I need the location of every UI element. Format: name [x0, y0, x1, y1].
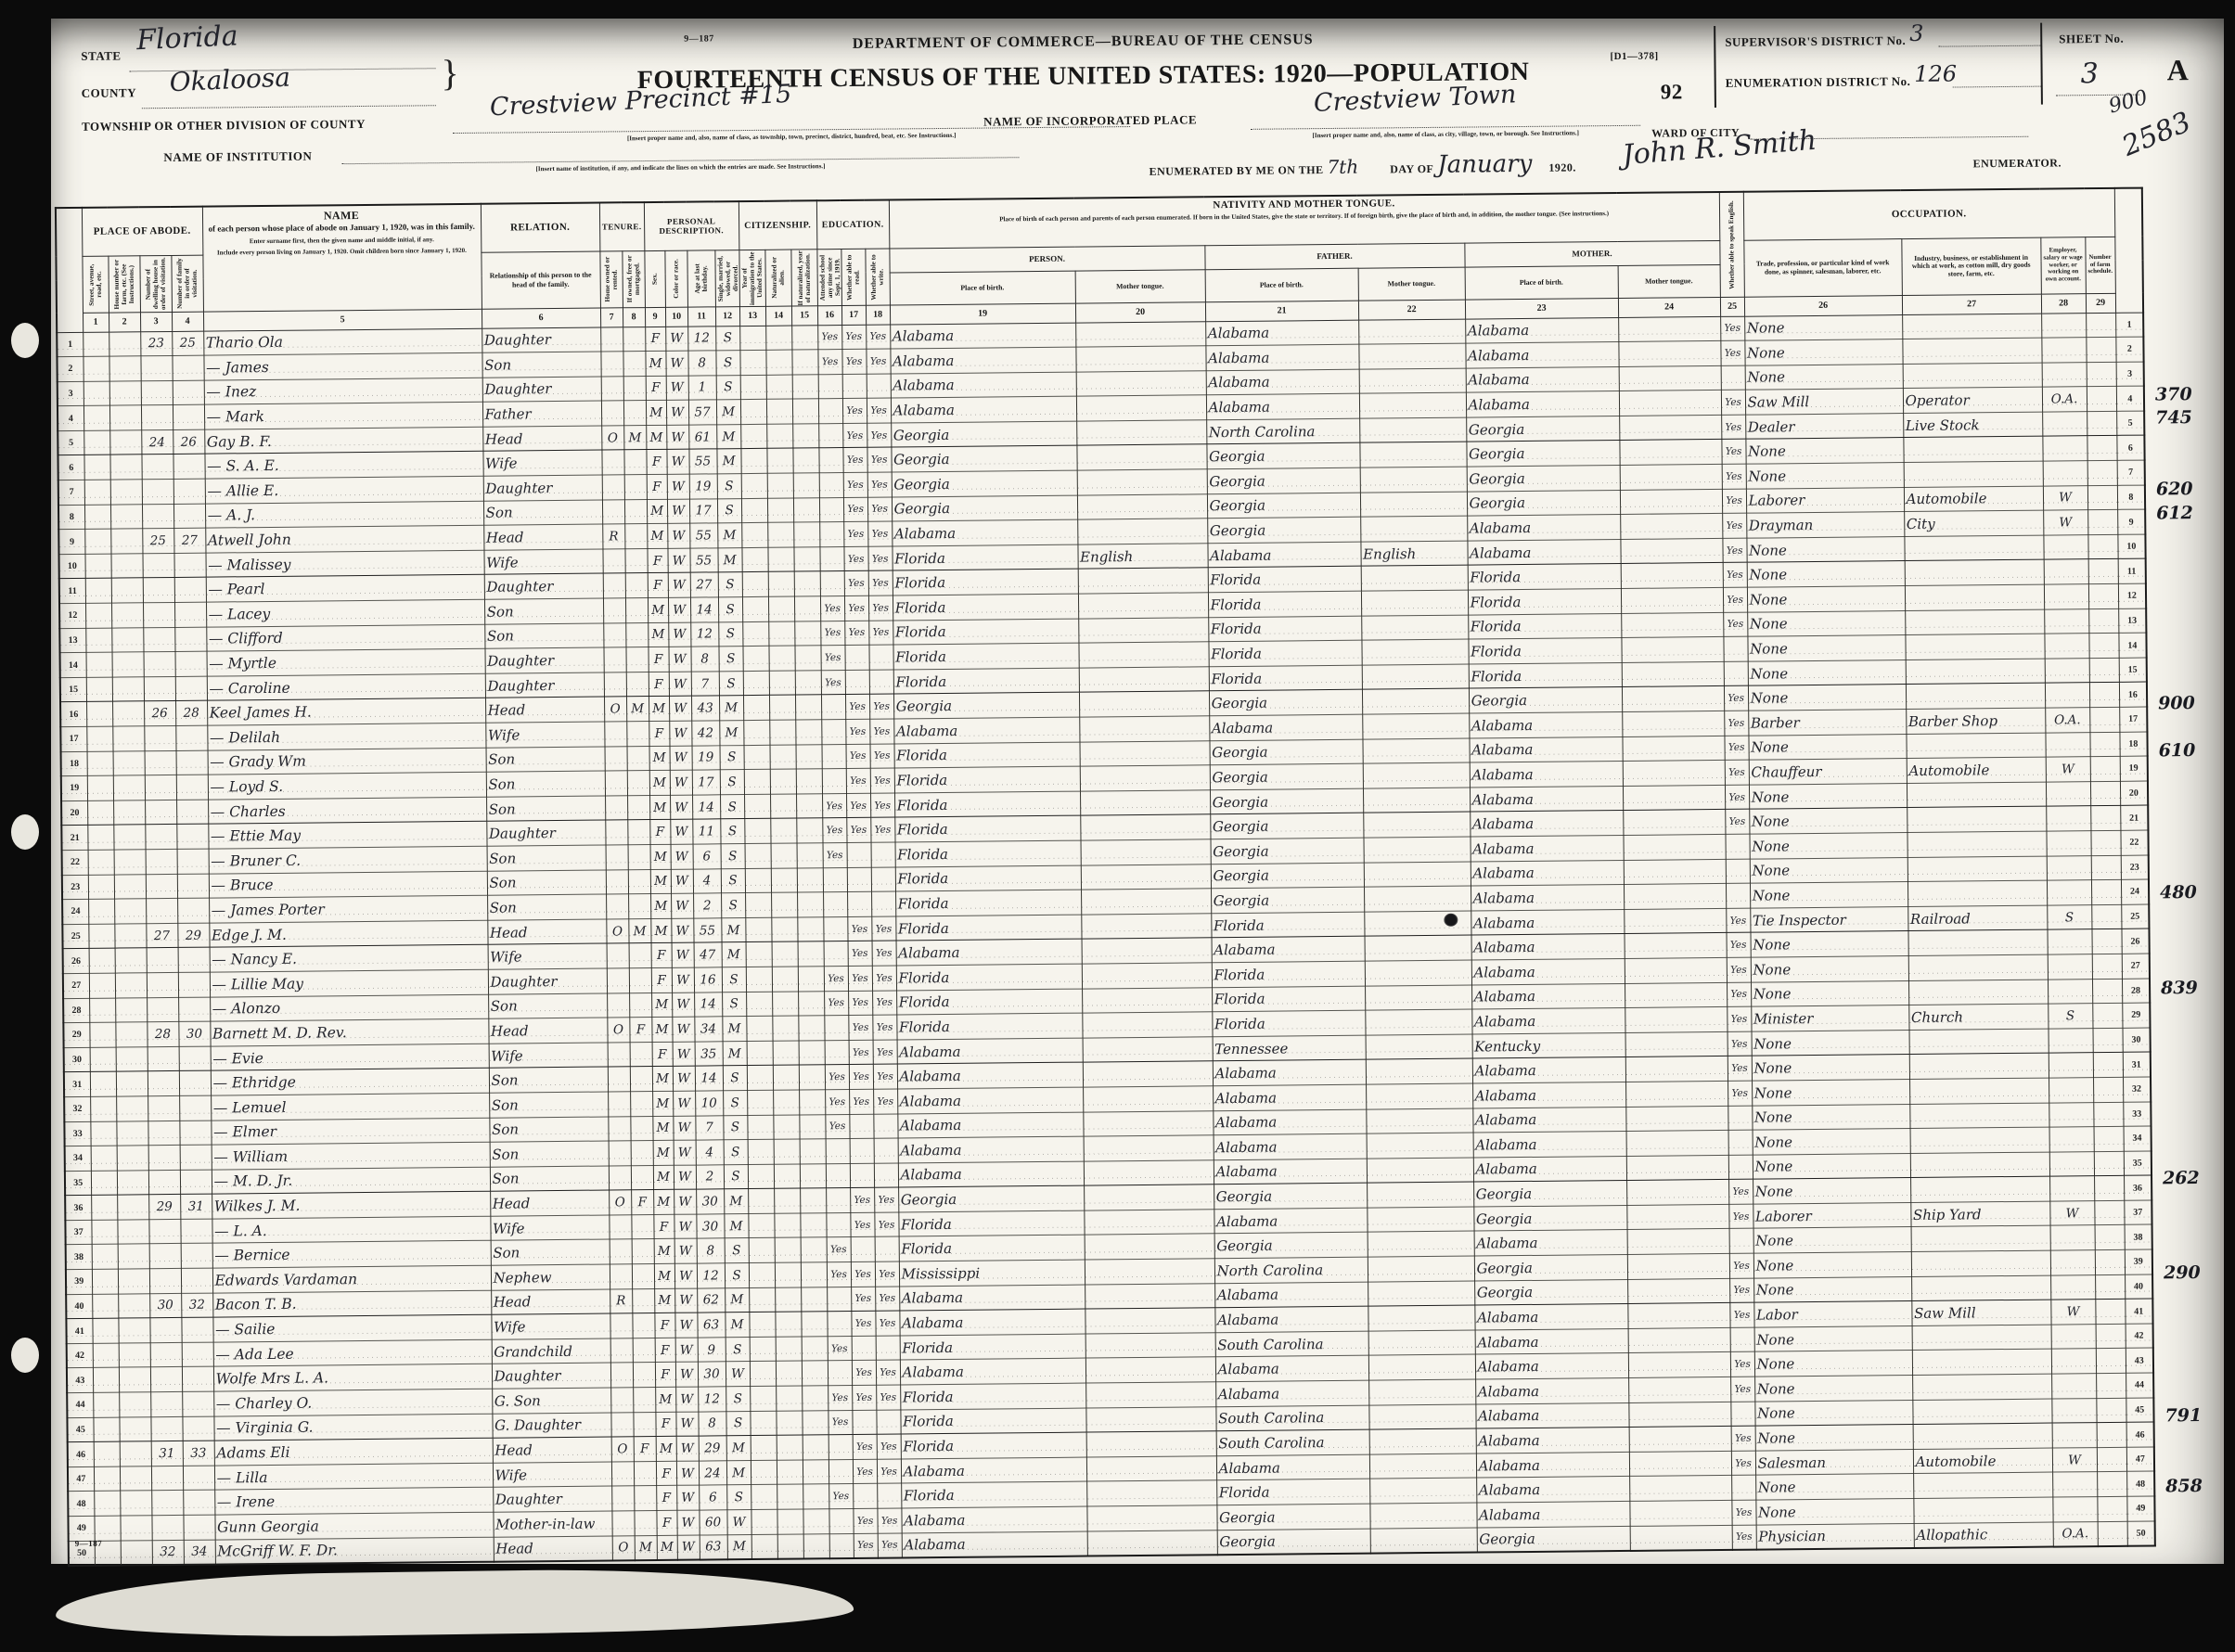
cell-marital: M [716, 424, 740, 449]
cell-house-number [109, 430, 141, 455]
cell-naturalized [777, 1460, 803, 1485]
cell-relation: Daughter [482, 327, 600, 353]
row-number-left: 48 [68, 1492, 94, 1517]
cell-mother-birthplace: Alabama [1471, 860, 1624, 886]
cell-home-owned [603, 573, 625, 598]
cell-race: W [674, 1263, 697, 1288]
cell-mother-mother-tongue [1627, 1229, 1729, 1255]
cell-naturalized [772, 1016, 798, 1041]
cell-naturalized [771, 892, 797, 917]
cell-dwelling-number [144, 676, 175, 701]
cell-english [1726, 859, 1750, 884]
cell-name: Wilkes J. M. [212, 1191, 490, 1218]
cell-age: 57 [688, 400, 716, 425]
cell-mother-mother-tongue [1625, 982, 1727, 1008]
cell-name: Edge J. M. [209, 920, 487, 947]
cell-school [826, 1212, 850, 1237]
cell-immigration-year [750, 1386, 776, 1411]
cell-marital: M [718, 547, 742, 572]
cell-naturalized [772, 992, 798, 1017]
cell-trade: None [1755, 1499, 1913, 1525]
cell-father-birthplace: Alabama [1213, 1084, 1366, 1110]
cell-employment-class [2042, 412, 2087, 437]
cell-industry: Automobile [1913, 1448, 2052, 1474]
cell-person-mother-tongue [1082, 1012, 1212, 1038]
cell-trade: Chauffeur [1749, 759, 1907, 785]
cell-employment-class [2051, 1349, 2096, 1374]
cell-sex: F [651, 967, 672, 992]
enumerated-line: ENUMERATED BY ME ON THE 7th DAY OF Janua… [1149, 149, 1576, 181]
row-number-right: 37 [2124, 1200, 2152, 1225]
cell-industry [1913, 1497, 2052, 1523]
cell-family-number [173, 479, 205, 504]
row-number-left: 31 [64, 1072, 90, 1097]
nativity-header: NATIVITY AND MOTHER TONGUE. Place of bir… [889, 192, 1719, 249]
cell-free-mortgaged [623, 450, 646, 475]
cell-employment-class [2050, 1274, 2095, 1300]
cell-free-mortgaged [626, 672, 649, 697]
cell-name: Bacon T. B. [212, 1290, 491, 1317]
cell-age: 63 [700, 1534, 727, 1559]
cell-free-mortgaged [634, 1461, 656, 1486]
cell-father-mother-tongue [1369, 1503, 1476, 1529]
cell-person-mother-tongue [1086, 1431, 1216, 1457]
cell-english: Yes [1732, 1525, 1756, 1550]
cell-naturalization-year [798, 1016, 824, 1041]
cell-mother-birthplace: Alabama [1467, 515, 1620, 541]
cell-school [822, 744, 846, 769]
cell-naturalization-year [792, 424, 818, 449]
cell-father-birthplace: Alabama [1206, 393, 1359, 419]
cell-free-mortgaged [624, 499, 647, 524]
cell-father-birthplace: South Carolina [1215, 1331, 1368, 1357]
cell-race: W [668, 622, 690, 647]
cell-naturalization-year [793, 497, 819, 522]
cell-industry [1912, 1350, 2051, 1376]
cell-trade: None [1755, 1474, 1913, 1500]
cell-family-number [177, 898, 209, 923]
cell-school: Yes [824, 966, 848, 991]
marital-header: Single, married, widowed, or divorced. [714, 250, 739, 306]
cell-father-birthplace: Alabama [1214, 1133, 1367, 1159]
cell-employment-class [2050, 1225, 2095, 1250]
column-number: 8 [623, 307, 645, 327]
cell-read [845, 645, 869, 670]
cell-race: W [676, 1510, 699, 1535]
cell-read: Yes [842, 423, 867, 448]
cell-immigration-year [745, 868, 771, 893]
cell-naturalized [777, 1435, 803, 1460]
cell-sex: M [646, 425, 666, 450]
column-number: 10 [665, 307, 687, 327]
cell-school [826, 1139, 850, 1164]
cell-mother-birthplace: Alabama [1469, 711, 1622, 737]
cell-naturalization-year [791, 350, 817, 375]
row-number-left: 26 [63, 949, 89, 974]
cell-sex: M [653, 1140, 674, 1165]
cell-relation: Son [486, 796, 605, 822]
cell-mother-mother-tongue [1625, 933, 1727, 959]
cell-industry [1907, 733, 2046, 759]
cell-father-birthplace: Florida [1212, 1010, 1365, 1036]
cell-trade: Laborer [1753, 1202, 1910, 1228]
cell-naturalized [776, 1337, 802, 1362]
column-number: 17 [841, 305, 866, 325]
father-mother-tongue-header: Mother tongue. [1358, 267, 1465, 301]
cell-relation: Son [484, 623, 603, 649]
cell-employment-class [2050, 1250, 2095, 1275]
cell-mother-mother-tongue [1623, 810, 1725, 836]
cell-family-number [181, 1244, 212, 1269]
cell-naturalized [771, 917, 797, 942]
cell-family-number [173, 553, 205, 578]
cell-mother-mother-tongue [1629, 1500, 1731, 1526]
cell-free-mortgaged: M [628, 918, 650, 943]
cell-write [871, 867, 895, 892]
cell-read: Yes [845, 695, 869, 720]
cell-marital: M [722, 942, 746, 967]
cell-naturalization-year [799, 1090, 825, 1115]
cell-mother-birthplace: Alabama [1476, 1477, 1629, 1503]
cell-age: 9 [698, 1338, 726, 1363]
cell-name: — L. A. [212, 1216, 490, 1243]
cell-dwelling-number [148, 1146, 180, 1171]
cell-immigration-year [748, 1139, 774, 1164]
cell-english [1726, 883, 1750, 908]
cell-naturalization-year [800, 1213, 826, 1238]
cell-person-birthplace: Alabama [891, 396, 1076, 423]
cell-family-number [183, 1515, 214, 1540]
cell-father-birthplace: Alabama [1215, 1356, 1368, 1382]
attended-school-header: Attended school any time since Sept. 1, … [816, 249, 841, 305]
cell-marital: S [724, 1164, 748, 1189]
cell-farm-schedule [2090, 732, 2120, 757]
cell-person-birthplace: Florida [893, 668, 1079, 695]
cell-race: W [673, 1091, 695, 1116]
cell-sex: M [648, 622, 668, 647]
cell-immigration-year [740, 400, 766, 425]
row-number-right: 20 [2120, 781, 2148, 806]
cell-home-owned [609, 1215, 631, 1240]
cell-age: 30 [698, 1362, 726, 1387]
cell-mother-mother-tongue [1619, 391, 1721, 416]
cell-mother-mother-tongue [1619, 415, 1721, 441]
cell-race: W [677, 1535, 700, 1560]
cell-write: Yes [872, 941, 896, 966]
cell-house-number [116, 1046, 148, 1071]
cell-english: Yes [1729, 1253, 1753, 1278]
cell-race: W [672, 1017, 694, 1042]
cell-english: Yes [1720, 340, 1744, 365]
cell-house-number [119, 1367, 150, 1392]
cell-mother-mother-tongue [1618, 316, 1720, 342]
cell-marital: S [718, 572, 742, 597]
cell-write: Yes [876, 1360, 900, 1385]
cell-person-birthplace: Florida [900, 1383, 1085, 1410]
cell-trade: Saw Mill [1745, 389, 1903, 415]
cell-age: 7 [695, 1115, 723, 1140]
cell-person-birthplace: Florida [893, 619, 1078, 646]
cell-person-birthplace: Florida [899, 1236, 1085, 1262]
row-number-header-right [2114, 188, 2143, 313]
cell-mother-birthplace: Alabama [1472, 1057, 1625, 1083]
cell-home-owned [603, 549, 625, 574]
row-number-left: 44 [67, 1392, 93, 1417]
cell-english: Yes [1729, 1278, 1753, 1303]
cell-farm-schedule [2087, 510, 2117, 535]
cell-name: — Clifford [206, 624, 484, 651]
cell-mother-mother-tongue [1620, 465, 1722, 491]
cell-industry [1908, 980, 2048, 1005]
cell-english: Yes [1728, 1056, 1752, 1081]
cell-naturalization-year [798, 941, 824, 967]
cell-home-owned: O [612, 1535, 635, 1560]
cell-race: W [668, 548, 690, 573]
column-number: 2 [109, 312, 140, 331]
cell-mother-birthplace: Alabama [1465, 342, 1618, 368]
cell-marital: M [717, 523, 741, 548]
cell-sex: M [647, 499, 667, 524]
cell-person-mother-tongue [1076, 420, 1206, 446]
row-number-right: 50 [2127, 1521, 2155, 1546]
cell-immigration-year [745, 843, 771, 868]
cell-home-owned [607, 968, 629, 993]
cell-person-birthplace: Alabama [898, 1161, 1084, 1188]
row-number-left: 30 [64, 1047, 90, 1072]
enumerated-label: ENUMERATED BY ME ON THE [1150, 163, 1324, 178]
row-number-left: 35 [65, 1171, 91, 1196]
cell-employment-class: O.A. [2053, 1521, 2098, 1547]
cell-industry [1907, 856, 2047, 882]
cell-name: Keel James H. [207, 698, 485, 725]
cell-employment-class [2049, 1053, 2093, 1078]
cell-naturalization-year [797, 843, 823, 868]
cell-house-number [121, 1540, 152, 1565]
cell-street [84, 480, 110, 505]
cell-house-number [114, 924, 146, 949]
cell-trade: None [1753, 1129, 1910, 1155]
cell-person-mother-tongue [1075, 321, 1205, 347]
cell-person-mother-tongue [1085, 1259, 1214, 1285]
cell-mother-birthplace: Alabama [1475, 1353, 1628, 1379]
row-number-right: 35 [2124, 1151, 2152, 1176]
cell-mother-birthplace: Georgia [1474, 1255, 1627, 1281]
cell-read: Yes [853, 1508, 877, 1533]
cell-home-owned [608, 1092, 630, 1117]
cell-relation: Head [483, 524, 602, 550]
punch-hole [11, 323, 39, 358]
cell-industry [1913, 1423, 2052, 1449]
cell-age: 4 [693, 868, 721, 893]
cell-dwelling-number [145, 750, 176, 775]
cell-house-number [115, 973, 147, 998]
cell-read: Yes [848, 991, 872, 1016]
cell-mother-birthplace: Florida [1468, 613, 1621, 639]
cell-industry [1905, 560, 2044, 586]
cell-sex: F [655, 1363, 675, 1388]
cell-father-birthplace: Georgia [1210, 813, 1363, 839]
cell-free-mortgaged [630, 1091, 652, 1116]
cell-street [91, 1146, 117, 1171]
cell-naturalized [771, 843, 797, 868]
cell-trade: None [1746, 463, 1904, 489]
dwelling-number-header: Number of dwelling house in order of vis… [139, 255, 172, 312]
cell-father-birthplace: Georgia [1214, 1233, 1368, 1259]
cell-age: 17 [692, 770, 720, 795]
column-number: 29 [2086, 293, 2115, 313]
cell-name: — Bernice [212, 1241, 491, 1268]
cell-dwelling-number [143, 627, 174, 652]
cell-english: Yes [1728, 1179, 1753, 1204]
cell-trade: None [1755, 1425, 1913, 1451]
cell-relation: Head [491, 1289, 610, 1315]
row-number-left: 11 [59, 579, 85, 604]
mother-mother-tongue-header: Mother tongue. [1618, 264, 1720, 298]
column-number: 20 [1075, 301, 1205, 322]
cell-free-mortgaged: F [631, 1190, 653, 1215]
cell-employment-class: O.A. [2042, 387, 2087, 412]
cell-sex: F [645, 327, 665, 352]
cell-street [86, 726, 112, 751]
cell-industry: Saw Mill [1911, 1300, 2050, 1325]
cell-farm-schedule [2088, 559, 2118, 584]
cell-read [847, 867, 871, 892]
cell-industry [1906, 659, 2045, 685]
cell-immigration-year [745, 892, 771, 917]
mother-header: MOTHER. [1464, 240, 1719, 267]
cell-race: W [667, 499, 689, 524]
cell-house-number [119, 1343, 150, 1368]
cell-race: W [672, 967, 694, 992]
cell-farm-schedule [2097, 1423, 2126, 1448]
cell-mother-birthplace: Georgia [1473, 1181, 1626, 1207]
cell-street [92, 1318, 118, 1343]
cell-sex: M [649, 746, 670, 771]
cell-employment-class [2042, 436, 2087, 461]
year-label: 1920. [1548, 160, 1576, 173]
cell-naturalization-year [800, 1139, 826, 1164]
cell-person-birthplace: Alabama [897, 1038, 1083, 1065]
cell-family-number: 29 [177, 923, 209, 948]
cell-sex: M [650, 869, 671, 894]
cell-write: Yes [868, 546, 893, 571]
cell-mother-birthplace: Georgia [1469, 687, 1622, 713]
cell-age: 19 [692, 745, 720, 770]
cell-sex: M [652, 1116, 673, 1141]
cell-school: Yes [825, 1089, 849, 1114]
cell-family-number [180, 1145, 212, 1170]
cell-trade: None [1752, 1079, 1909, 1105]
cell-sex: F [654, 1313, 674, 1338]
cell-house-number [114, 899, 146, 924]
cell-dwelling-number [148, 1095, 179, 1121]
cell-english [1730, 1327, 1754, 1352]
cell-free-mortgaged [627, 771, 649, 796]
cell-school [829, 1533, 854, 1558]
cell-trade: None [1744, 339, 1902, 365]
column-number: 12 [715, 306, 739, 326]
margin-farm-number: 290 [2164, 1262, 2201, 1283]
cell-relation: Son [491, 1239, 610, 1265]
cell-free-mortgaged [633, 1338, 655, 1363]
cell-farm-schedule [2096, 1398, 2126, 1423]
cell-name: — Bruce [209, 871, 487, 898]
cell-mother-birthplace: Alabama [1466, 391, 1619, 417]
row-number-left: 42 [67, 1343, 93, 1368]
cell-marital: S [715, 326, 739, 351]
row-number-left: 39 [66, 1269, 92, 1294]
cell-industry: Church [1908, 1004, 2048, 1030]
cell-father-mother-tongue [1365, 1009, 1471, 1035]
row-number-left: 46 [68, 1442, 94, 1467]
cell-naturalized [777, 1509, 803, 1534]
cell-marital: S [726, 1337, 750, 1362]
cell-immigration-year [750, 1337, 776, 1362]
cell-mother-mother-tongue [1626, 1180, 1728, 1206]
cell-father-mother-tongue [1365, 985, 1471, 1011]
cell-family-number [183, 1490, 214, 1515]
cell-street [88, 924, 114, 949]
cell-marital: S [719, 647, 743, 672]
cell-naturalized [773, 1065, 799, 1090]
cell-relation: Head [493, 1437, 611, 1463]
cell-school [828, 1435, 853, 1460]
cell-immigration-year [751, 1460, 777, 1485]
cell-house-number [110, 480, 142, 505]
cell-farm-schedule [2092, 954, 2122, 979]
cell-farm-schedule [2091, 879, 2121, 904]
cell-age: 27 [690, 572, 718, 597]
census-sheet: STATE Florida COUNTY Okaloosa } 9—187 DE… [51, 19, 2224, 1564]
cell-family-number [173, 404, 204, 429]
cell-write [873, 1113, 897, 1138]
cell-person-mother-tongue [1076, 444, 1206, 470]
cell-sex: M [654, 1263, 674, 1288]
cell-trade: None [1747, 586, 1905, 612]
row-number-right: 14 [2118, 633, 2146, 658]
cell-race: W [666, 400, 688, 425]
cell-sex: M [655, 1387, 675, 1412]
cell-write [871, 842, 895, 867]
cell-marital: S [718, 621, 742, 647]
cell-mother-mother-tongue [1625, 1106, 1728, 1132]
cell-school [818, 399, 842, 424]
cell-dwelling-number [143, 578, 174, 603]
cell-employment-class [2046, 732, 2090, 757]
cell-trade: None [1752, 1055, 1909, 1081]
cell-school [822, 769, 846, 794]
cell-name: Edwards Vardaman [212, 1265, 491, 1292]
cell-race: W [674, 1239, 697, 1264]
cell-person-mother-tongue [1085, 1234, 1214, 1260]
cell-person-birthplace: Florida [893, 594, 1078, 621]
cell-school: Yes [822, 818, 846, 843]
cell-farm-schedule [2094, 1126, 2124, 1151]
cell-person-birthplace: Georgia [893, 693, 1079, 720]
cell-person-birthplace: Florida [893, 643, 1079, 670]
cell-house-number [119, 1392, 150, 1417]
cell-naturalization-year [796, 744, 822, 769]
cell-sex: F [647, 474, 667, 499]
cell-race: W [666, 425, 688, 450]
cell-family-number [172, 355, 203, 380]
cell-industry [1908, 954, 2048, 980]
cell-mother-mother-tongue [1629, 1476, 1731, 1502]
cell-house-number [109, 455, 141, 480]
cell-father-birthplace: Georgia [1214, 1183, 1367, 1209]
cell-read: Yes [853, 1459, 877, 1484]
row-number-right: 4 [2116, 386, 2144, 411]
